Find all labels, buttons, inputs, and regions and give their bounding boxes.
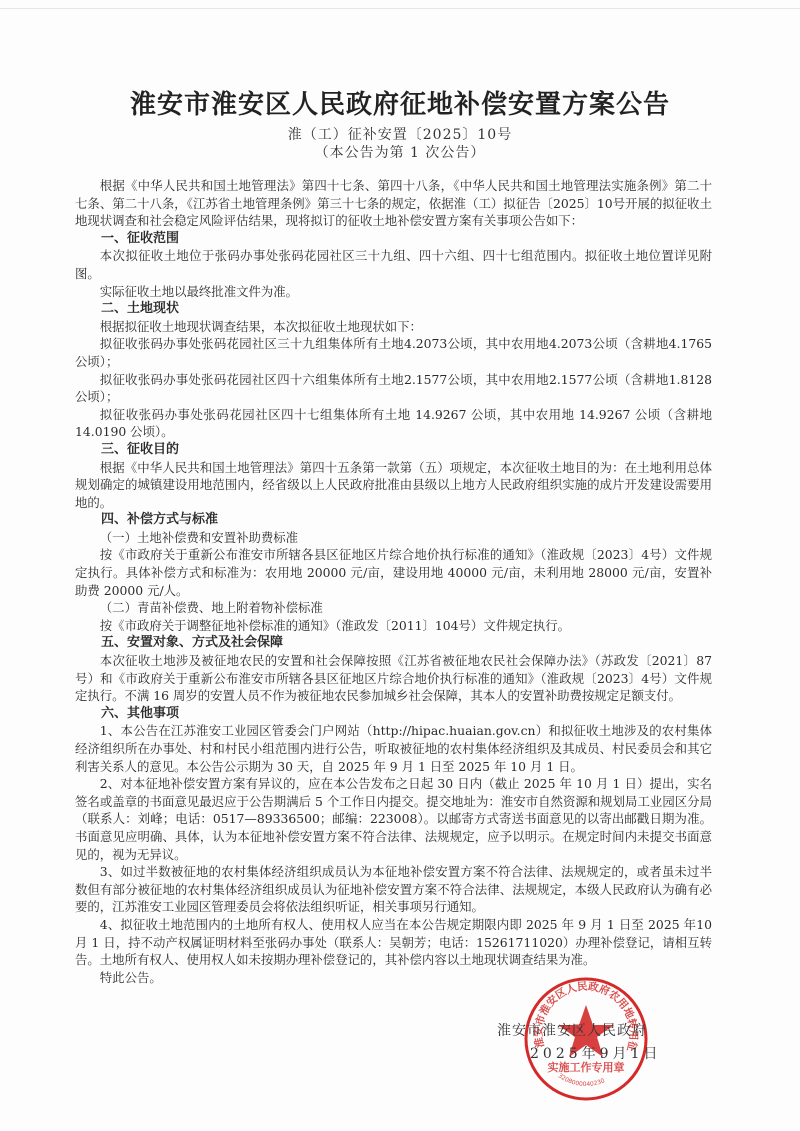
section-heading: 二、土地现状 xyxy=(75,300,712,318)
issuer-signature: 淮安市淮安区人民政府 xyxy=(497,1020,647,1040)
section-heading: 五、安置对象、方式及社会保障 xyxy=(75,634,712,652)
paragraph: 4、拟征收土地范围内的土地所有权人、使用权人应当在本公告规定期限内即 2025 … xyxy=(75,916,712,969)
section-heading: 六、其他事项 xyxy=(75,705,712,723)
scan-edge xyxy=(0,8,800,9)
subsection-heading: （二）青苗补偿费、地上附着物补偿标准 xyxy=(75,599,712,617)
subsection-heading: （一）土地补偿费和安置补助费标准 xyxy=(75,529,712,547)
paragraph: 按《市政府关于重新公布淮安市所辖各县区征地区片综合地价执行标准的通知》（淮政规〔… xyxy=(75,546,712,599)
svg-text:3208000040230: 3208000040230 xyxy=(557,1072,606,1088)
intro-paragraph: 根据《中华人民共和国土地管理法》第四十七条、第四十八条，《中华人民共和国土地管理… xyxy=(75,177,712,230)
paragraph: 1、本公告在江苏淮安工业园区管委会门户网站（http://hipac.huaia… xyxy=(75,722,712,775)
paragraph: 根据拟征收土地现状调查结果，本次拟征收土地现状如下： xyxy=(75,318,712,336)
section-heading: 三、征收目的 xyxy=(75,441,712,459)
document-title: 淮安市淮安区人民政府征地补偿安置方案公告 xyxy=(0,84,800,121)
paragraph: 本次拟征收土地位于张码办事处张码花园社区三十九组、四十六组、四十七组范围内。拟征… xyxy=(75,247,712,282)
document-body: 根据《中华人民共和国土地管理法》第四十七条、第四十八条，《中华人民共和国土地管理… xyxy=(75,177,712,986)
section-heading: 一、征收范围 xyxy=(75,230,712,248)
paragraph: 3、如过半数被征地的农村集体经济组织成员认为本征地补偿安置方案不符合法律、法规规… xyxy=(75,863,712,916)
document-subtitle: （本公告为第 1 次公告） xyxy=(0,142,800,162)
paragraph: 拟征收张码办事处张码花园社区四十六组集体所有土地2.1577公顷，其中农用地2.… xyxy=(75,371,712,406)
document-number: 淮（工）征补安置〔2025〕10号 xyxy=(0,124,800,144)
paragraph: 按《市政府关于调整征地补偿标准的通知》（淮政发〔2011〕104号）文件规定执行… xyxy=(75,617,712,635)
paragraph: 实际征收土地以最终批准文件为准。 xyxy=(75,283,712,301)
section-heading: 四、补偿方式与标准 xyxy=(75,511,712,529)
paragraph: 2、对本征地补偿安置方案有异议的，应在本公告发布之日起 30 日内（截止 202… xyxy=(75,775,712,863)
paragraph: 根据《中华人民共和国土地管理法》第四十五条第一款第（五）项规定，本次征收土地目的… xyxy=(75,459,712,512)
issue-date: 2025年9月1日 xyxy=(530,1043,661,1063)
paragraph: 拟征收张码办事处张码花园社区三十九组集体所有土地4.2073公顷，其中农用地4.… xyxy=(75,335,712,370)
paragraph: 本次征收土地涉及被征地农民的安置和社会保障按照《江苏省被征地农民社会保障办法》（… xyxy=(75,652,712,705)
paragraph: 拟征收张码办事处张码花园社区四十七组集体所有土地 14.9267 公顷，其中农用… xyxy=(75,406,712,441)
